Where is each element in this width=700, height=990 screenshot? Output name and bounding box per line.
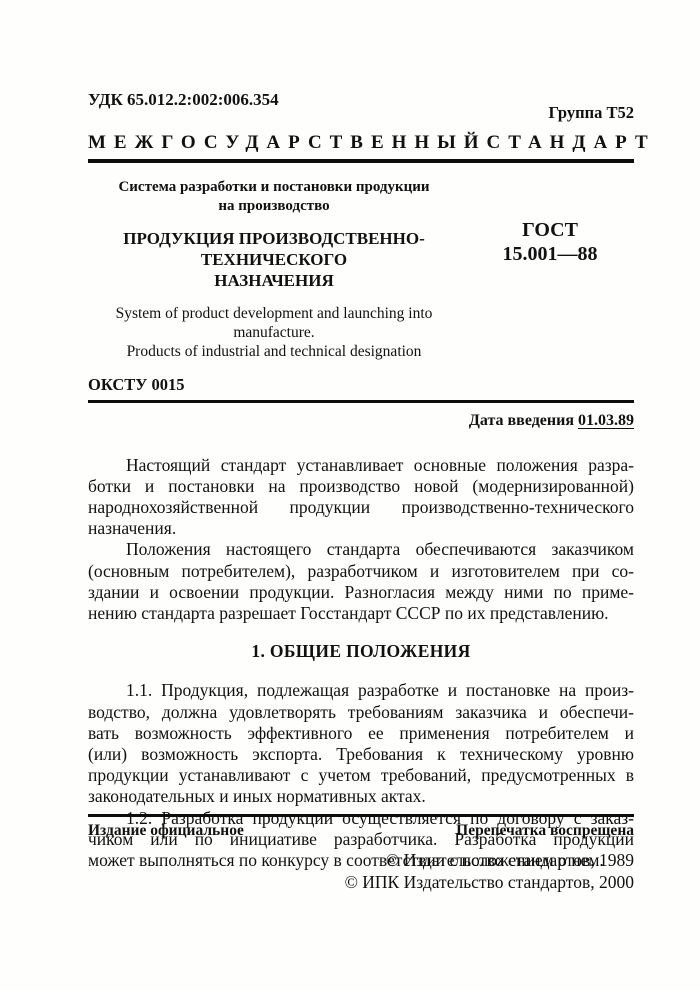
- clause-1-1: 1.1. Продукция, подлежащая разработке и …: [88, 680, 634, 807]
- system-title-line-1: Система разработки и постановки продукци…: [88, 178, 460, 197]
- standard-type-word-1: МЕЖГОСУДАРСТВЕННЫЙ: [88, 132, 487, 154]
- header-rule: [88, 159, 634, 163]
- english-title-line-1: System of product development and launch…: [88, 304, 460, 342]
- intro-date: Дата введения 01.03.89: [88, 412, 634, 430]
- product-title-line-2: НАЗНАЧЕНИЯ: [88, 270, 460, 291]
- product-title-line-1: ПРОДУКЦИЯ ПРОИЗВОДСТВЕННО-ТЕХНИЧЕСКОГО: [88, 228, 460, 270]
- system-title: Система разработки и постановки продукци…: [88, 178, 460, 216]
- title-block: Система разработки и постановки продукци…: [88, 178, 634, 361]
- copyright-block: © Издательство стандартов, 1989 © ИПК Из…: [88, 849, 634, 893]
- title-left-column: Система разработки и постановки продукци…: [88, 178, 466, 361]
- udk-code: УДК 65.012.2:002:006.354: [88, 90, 279, 110]
- okstu-code: ОКСТУ 0015: [88, 375, 634, 395]
- group-code: Группа Т52: [548, 103, 634, 123]
- standard-type-word-2: СТАНДАРТ: [487, 132, 656, 154]
- english-title: System of product development and launch…: [88, 304, 460, 361]
- copyright-1989: © Издательство стандартов, 1989: [88, 849, 634, 871]
- copyright-2000: © ИПК Издательство стандартов, 2000: [88, 871, 634, 893]
- gost-label: ГОСТ: [466, 218, 634, 242]
- official-edition-label: Издание официальное: [88, 822, 244, 840]
- english-title-line-2: Products of industrial and technical des…: [88, 342, 460, 361]
- intro-date-value: 01.03.89: [578, 412, 634, 429]
- intro-paragraph-2: Положения настоящего стандарта обеспечив…: [88, 539, 634, 624]
- document-body: Настоящий стандарт устанавливает основны…: [88, 455, 634, 872]
- title-right-column: ГОСТ 15.001—88: [466, 178, 634, 361]
- product-title: ПРОДУКЦИЯ ПРОИЗВОДСТВЕННО-ТЕХНИЧЕСКОГО Н…: [88, 228, 460, 291]
- system-title-line-2: на производство: [88, 197, 460, 216]
- section-1-heading: 1. ОБЩИЕ ПОЛОЖЕНИЯ: [88, 641, 634, 662]
- document-footer: Издание официальное Перепечатка воспреще…: [88, 814, 634, 893]
- intro-date-label: Дата введения: [469, 412, 574, 429]
- title-rule: [88, 400, 634, 403]
- standard-type-heading: МЕЖГОСУДАРСТВЕННЫЙ СТАНДАРТ: [88, 132, 634, 154]
- document-header: УДК 65.012.2:002:006.354 Группа Т52: [88, 90, 634, 123]
- intro-paragraph-1: Настоящий стандарт устанавливает основны…: [88, 455, 634, 540]
- footer-rule: [88, 814, 634, 817]
- document-page: УДК 65.012.2:002:006.354 Группа Т52 МЕЖГ…: [0, 0, 700, 990]
- reprint-prohibited-label: Перепечатка воспрещена: [456, 822, 634, 840]
- gost-designation: ГОСТ 15.001—88: [466, 218, 634, 266]
- gost-number: 15.001—88: [466, 242, 634, 266]
